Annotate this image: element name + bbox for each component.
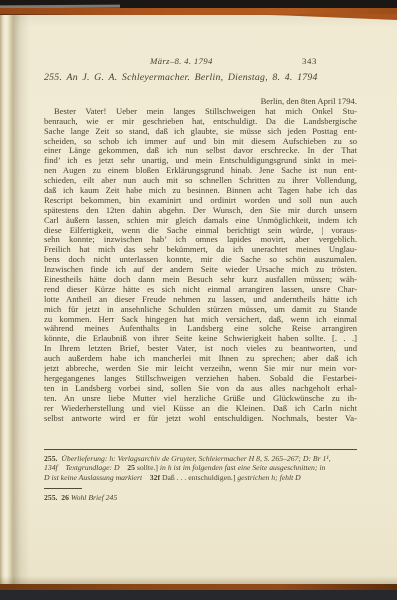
notes-entry: 255. 26 Wohl Brief 245 — [44, 493, 346, 502]
body-line: Berlin, den 8ten April 1794. — [44, 97, 357, 107]
body-line: Carl äußern lassen, schien mir gleich da… — [44, 216, 357, 226]
body-line: 25könnte, die Erlaubniß von ihrer Seite … — [44, 334, 357, 344]
body-line: auch außerdem habe ich mancherlei mit Ih… — [44, 354, 357, 364]
apparatus-line: 255. Überlieferung: h: Verlagsarchiv de … — [44, 454, 346, 463]
body-line: Einestheils hätte doch dann mein Besuch … — [44, 275, 357, 285]
apparatus-rule — [44, 449, 357, 450]
body-line: Sache lange Zeit so stand, daß ich glaub… — [44, 127, 357, 137]
body-line: mich für jetzt in ansehnliche Schulden s… — [44, 305, 357, 315]
body-line: selbst antworte wird er für jetzt wohl e… — [44, 414, 357, 424]
body-line: find’ ich es jetzt sehr unartig, und mei… — [44, 156, 357, 166]
book-photo: März–8. 4. 1794 343 255. An J. G. A. Sch… — [0, 0, 397, 600]
body-line: bens doch nicht unterlassen konnte, mir … — [44, 255, 357, 265]
body-line: schieden, eilt aber nun auch mit so schn… — [44, 176, 357, 186]
body-line: lotte Antheil an dieser Freude nehmen zu… — [44, 295, 357, 305]
body-line: diese Eilfertigkeit, wenn die Sache einm… — [44, 226, 357, 236]
body-line: 15sehn konnte; inzwischen hab’ ich omnes… — [44, 235, 357, 245]
body-line: Freilich hat mich das sehr bekümmert, da… — [44, 245, 357, 255]
letter-body: Berlin, den 8ten April 1794.Bester Vater… — [44, 97, 357, 423]
letter-heading: 255. An J. G. A. Schleyermacher. Berlin,… — [44, 72, 357, 83]
page-number: 343 — [302, 56, 317, 66]
body-line: nen Augen zu einem bloßen Erklärungsgrun… — [44, 166, 357, 176]
apparatus-line: D ist keine Auslassung markiert 32f Daß … — [44, 473, 346, 482]
body-line: Bester Vater! Ueber mein langes Stillsch… — [44, 107, 357, 117]
body-line: jetzt abbreche, werden Sie mir leicht ve… — [44, 364, 357, 374]
body-line: hergegangenes langes Stillschweigen verz… — [44, 374, 357, 384]
body-line: 5scheiden, so schob ich immer auf und bi… — [44, 137, 357, 147]
apparatus-line: 134f Textgrundlage: D 25 sollte.] in h i… — [44, 463, 346, 472]
body-line: In Ihrem letzten Brief, bester Vater, is… — [44, 344, 357, 354]
body-line: 20rend dieser Kürze hätte es sich nicht … — [44, 285, 357, 295]
body-line: 10daß ich kaum Zeit habe mich zu besinne… — [44, 186, 357, 196]
body-line: einer Länge gekommen, daß ich nun selbst… — [44, 146, 357, 156]
body-line: rer Wiederherstellung und viel Küsse an … — [44, 404, 357, 414]
body-line: Inzwischen finde ich auf der andern Seit… — [44, 265, 357, 275]
body-line: 30ten in Landsberg vorbei sind, sollen S… — [44, 384, 357, 394]
notes-rule — [44, 488, 82, 489]
table-surface — [0, 590, 397, 600]
body-line: zu kommen. Herr Sack hingegen hat mich v… — [44, 315, 357, 325]
body-line: ten. An unsre liebe Mutter viel herzlich… — [44, 394, 357, 404]
apparatus: 255. Überlieferung: h: Verlagsarchiv de … — [44, 454, 346, 482]
book-page: März–8. 4. 1794 343 255. An J. G. A. Sch… — [0, 15, 397, 585]
body-line: benrauch, wie er mir geschrieben hat, en… — [44, 117, 357, 127]
running-title: März–8. 4. 1794 — [150, 56, 213, 66]
body-line: spätestens den 12ten dahin abgehn. Der W… — [44, 206, 357, 216]
body-line: Rescript bekommen, bin examinirt und ord… — [44, 196, 357, 206]
body-line: während meines Aufenthalts in Landsberg … — [44, 324, 357, 334]
notes-line: 255. 26 Wohl Brief 245 — [44, 493, 346, 502]
